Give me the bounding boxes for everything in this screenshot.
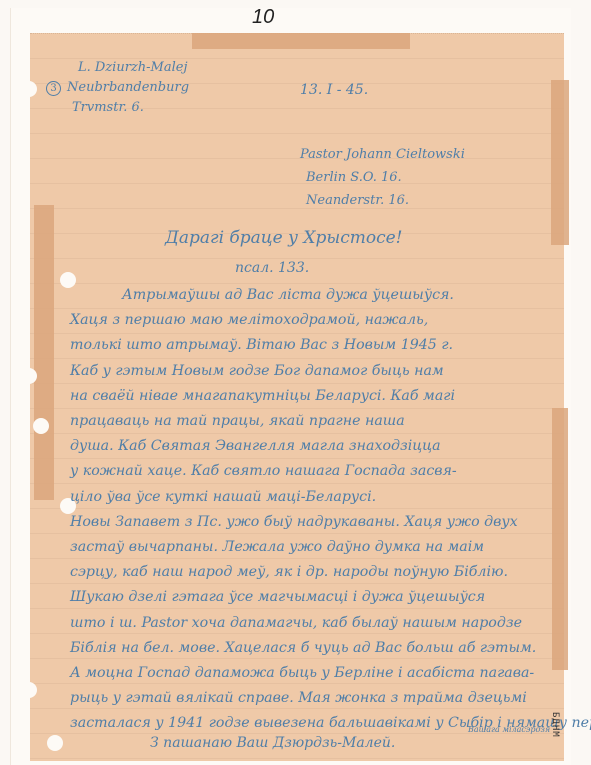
body-line: толькі што атрымаў. Вітаю Вас з Новым 19… — [70, 333, 591, 358]
body-line: рыць у гэтай вялікай справе. Мая жонка з… — [70, 686, 591, 711]
punch-hole — [21, 368, 37, 384]
body-line: Новы Запавет з Пс. ужо быў надрукаваны. … — [70, 510, 591, 535]
sender-street: Trvmstr. 6. — [46, 98, 189, 118]
body-line: на сваёй нівае мнагапакутніцы Беларусі. … — [70, 384, 591, 409]
body-line: Атрымаўшы ад Вас ліста дужа ўцешыўся. — [70, 283, 591, 308]
tape-strip-right-upper — [551, 80, 569, 245]
archive-stamp: БДНМ — [550, 712, 560, 738]
recipient-address: Pastor Johann Cieltowski Berlin S.O. 16.… — [300, 143, 465, 212]
body-line: Біблія на бел. мове. Хацелася б чуць ад … — [70, 636, 591, 661]
zone-number: 3 — [46, 81, 61, 96]
recipient-street: Neanderstr. 16. — [300, 189, 465, 212]
body-line: Хаця з першаю маю мелітоходрамой, нажаль… — [70, 308, 591, 333]
body-line: сэрцу, каб наш народ меў, як і др. народ… — [70, 560, 591, 585]
marginal-note: Вашага міласэрдзя — [468, 725, 550, 734]
letter-body: Атрымаўшы ад Вас ліста дужа ўцешыўся. Ха… — [70, 283, 591, 737]
punch-hole — [47, 735, 63, 751]
body-line: душа. Каб Святая Эвангелля магла знаходз… — [70, 434, 591, 459]
body-line: А моцна Госпад дапаможа быць у Берліне і… — [70, 661, 591, 686]
sender-city: Neubrbandenburg — [67, 80, 189, 95]
sender-name: L. Dziurzh-Malej — [46, 58, 189, 78]
body-line: працаваць на тай працы, якай прагне наша — [70, 409, 591, 434]
body-line: што і ш. Pastor хоча дапамагчы, каб была… — [70, 611, 591, 636]
psalm-reference: псал. 133. — [235, 260, 309, 276]
body-line: у кожнай хаце. Каб святло нашага Госпада… — [70, 459, 591, 484]
closing-signature: З пашанаю Ваш Дзюрдзь-Малей. — [150, 735, 395, 751]
body-line: ціло ўва ўсе куткі нашай маці-Беларусі. — [70, 485, 591, 510]
letter-date: 13. I - 45. — [300, 82, 368, 98]
body-line: Каб у гэтым Новым годзе Бог дапамог быць… — [70, 359, 591, 384]
punch-hole — [33, 418, 49, 434]
tape-strip-left — [34, 205, 54, 500]
recipient-city: Berlin S.O. 16. — [300, 166, 465, 189]
salutation: Дарагі браце у Хрыстосе! — [165, 228, 403, 248]
tape-strip-top — [192, 33, 410, 49]
body-line: застаў вычарпаны. Лежала ужо даўно думка… — [70, 535, 591, 560]
recipient-name: Pastor Johann Cieltowski — [300, 143, 465, 166]
punch-hole — [21, 81, 37, 97]
sender-address: L. Dziurzh-Malej 3Neubrbandenburg Trvmst… — [46, 58, 189, 118]
body-line: Шукаю дзелі гэтага ўсе магчымасці і дужа… — [70, 585, 591, 610]
punch-hole — [21, 682, 37, 698]
page-number: 10 — [252, 6, 274, 29]
